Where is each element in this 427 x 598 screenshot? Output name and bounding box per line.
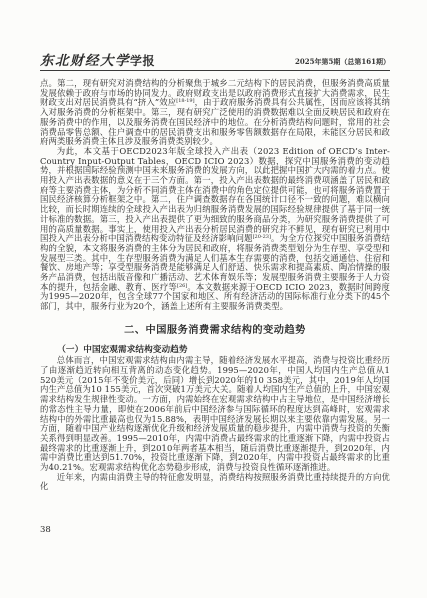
page-header: 东北财经大学学报 2025年第5期（总第161期） (40, 53, 390, 71)
article-body: 点。第二，现有研究对消费结构的分析聚焦于城乡二元结构下的居民消费，但服务消费高质… (40, 79, 390, 492)
citation-marker: [26] (177, 283, 187, 289)
citation-marker: [18-19] (176, 98, 194, 104)
journal-page: 东北财经大学学报 2025年第5期（总第161期） 点。第二，现有研究对消费结构… (0, 0, 427, 598)
issue-info: 2025年第5期（总第161期） (295, 57, 390, 68)
journal-title: 东北财经大学学报 (40, 53, 155, 68)
citation-marker: [20-23] (253, 234, 271, 240)
subsection-heading: （一）中国宏观需求结构变动趋势 (40, 346, 390, 356)
journal-name-calligraphy: 东北财经大学 (40, 53, 130, 69)
paragraph-macro-demand: 总体而言，中国宏观需求结构由内需主导，随着经济发展水平提高，消费与投资比重经历了… (40, 356, 390, 472)
page-number: 38 (40, 525, 51, 535)
paragraph-methodology: 为此，本文基于OECD2023年版全球投入产出表（2023 Edition of… (40, 147, 390, 312)
paragraph-continuation: 点。第二，现有研究对消费结构的分析聚焦于城乡二元结构下的居民消费，但服务消费高质… (40, 79, 390, 147)
journal-name-suffix: 学报 (130, 54, 155, 68)
paragraph-recent-trend: 近年来，内需由消费主导的特征愈发明显，消费结构按照服务消费比重持续提升的方向优化 (40, 473, 390, 492)
section-heading: 二、中国服务消费需求结构的变动趋势 (40, 326, 390, 336)
page-content: 东北财经大学学报 2025年第5期（总第161期） 点。第二，现有研究对消费结构… (40, 53, 390, 492)
paragraph-text: 为此，本文基于OECD2023年版全球投入产出表（2023 Edition of… (40, 146, 390, 243)
